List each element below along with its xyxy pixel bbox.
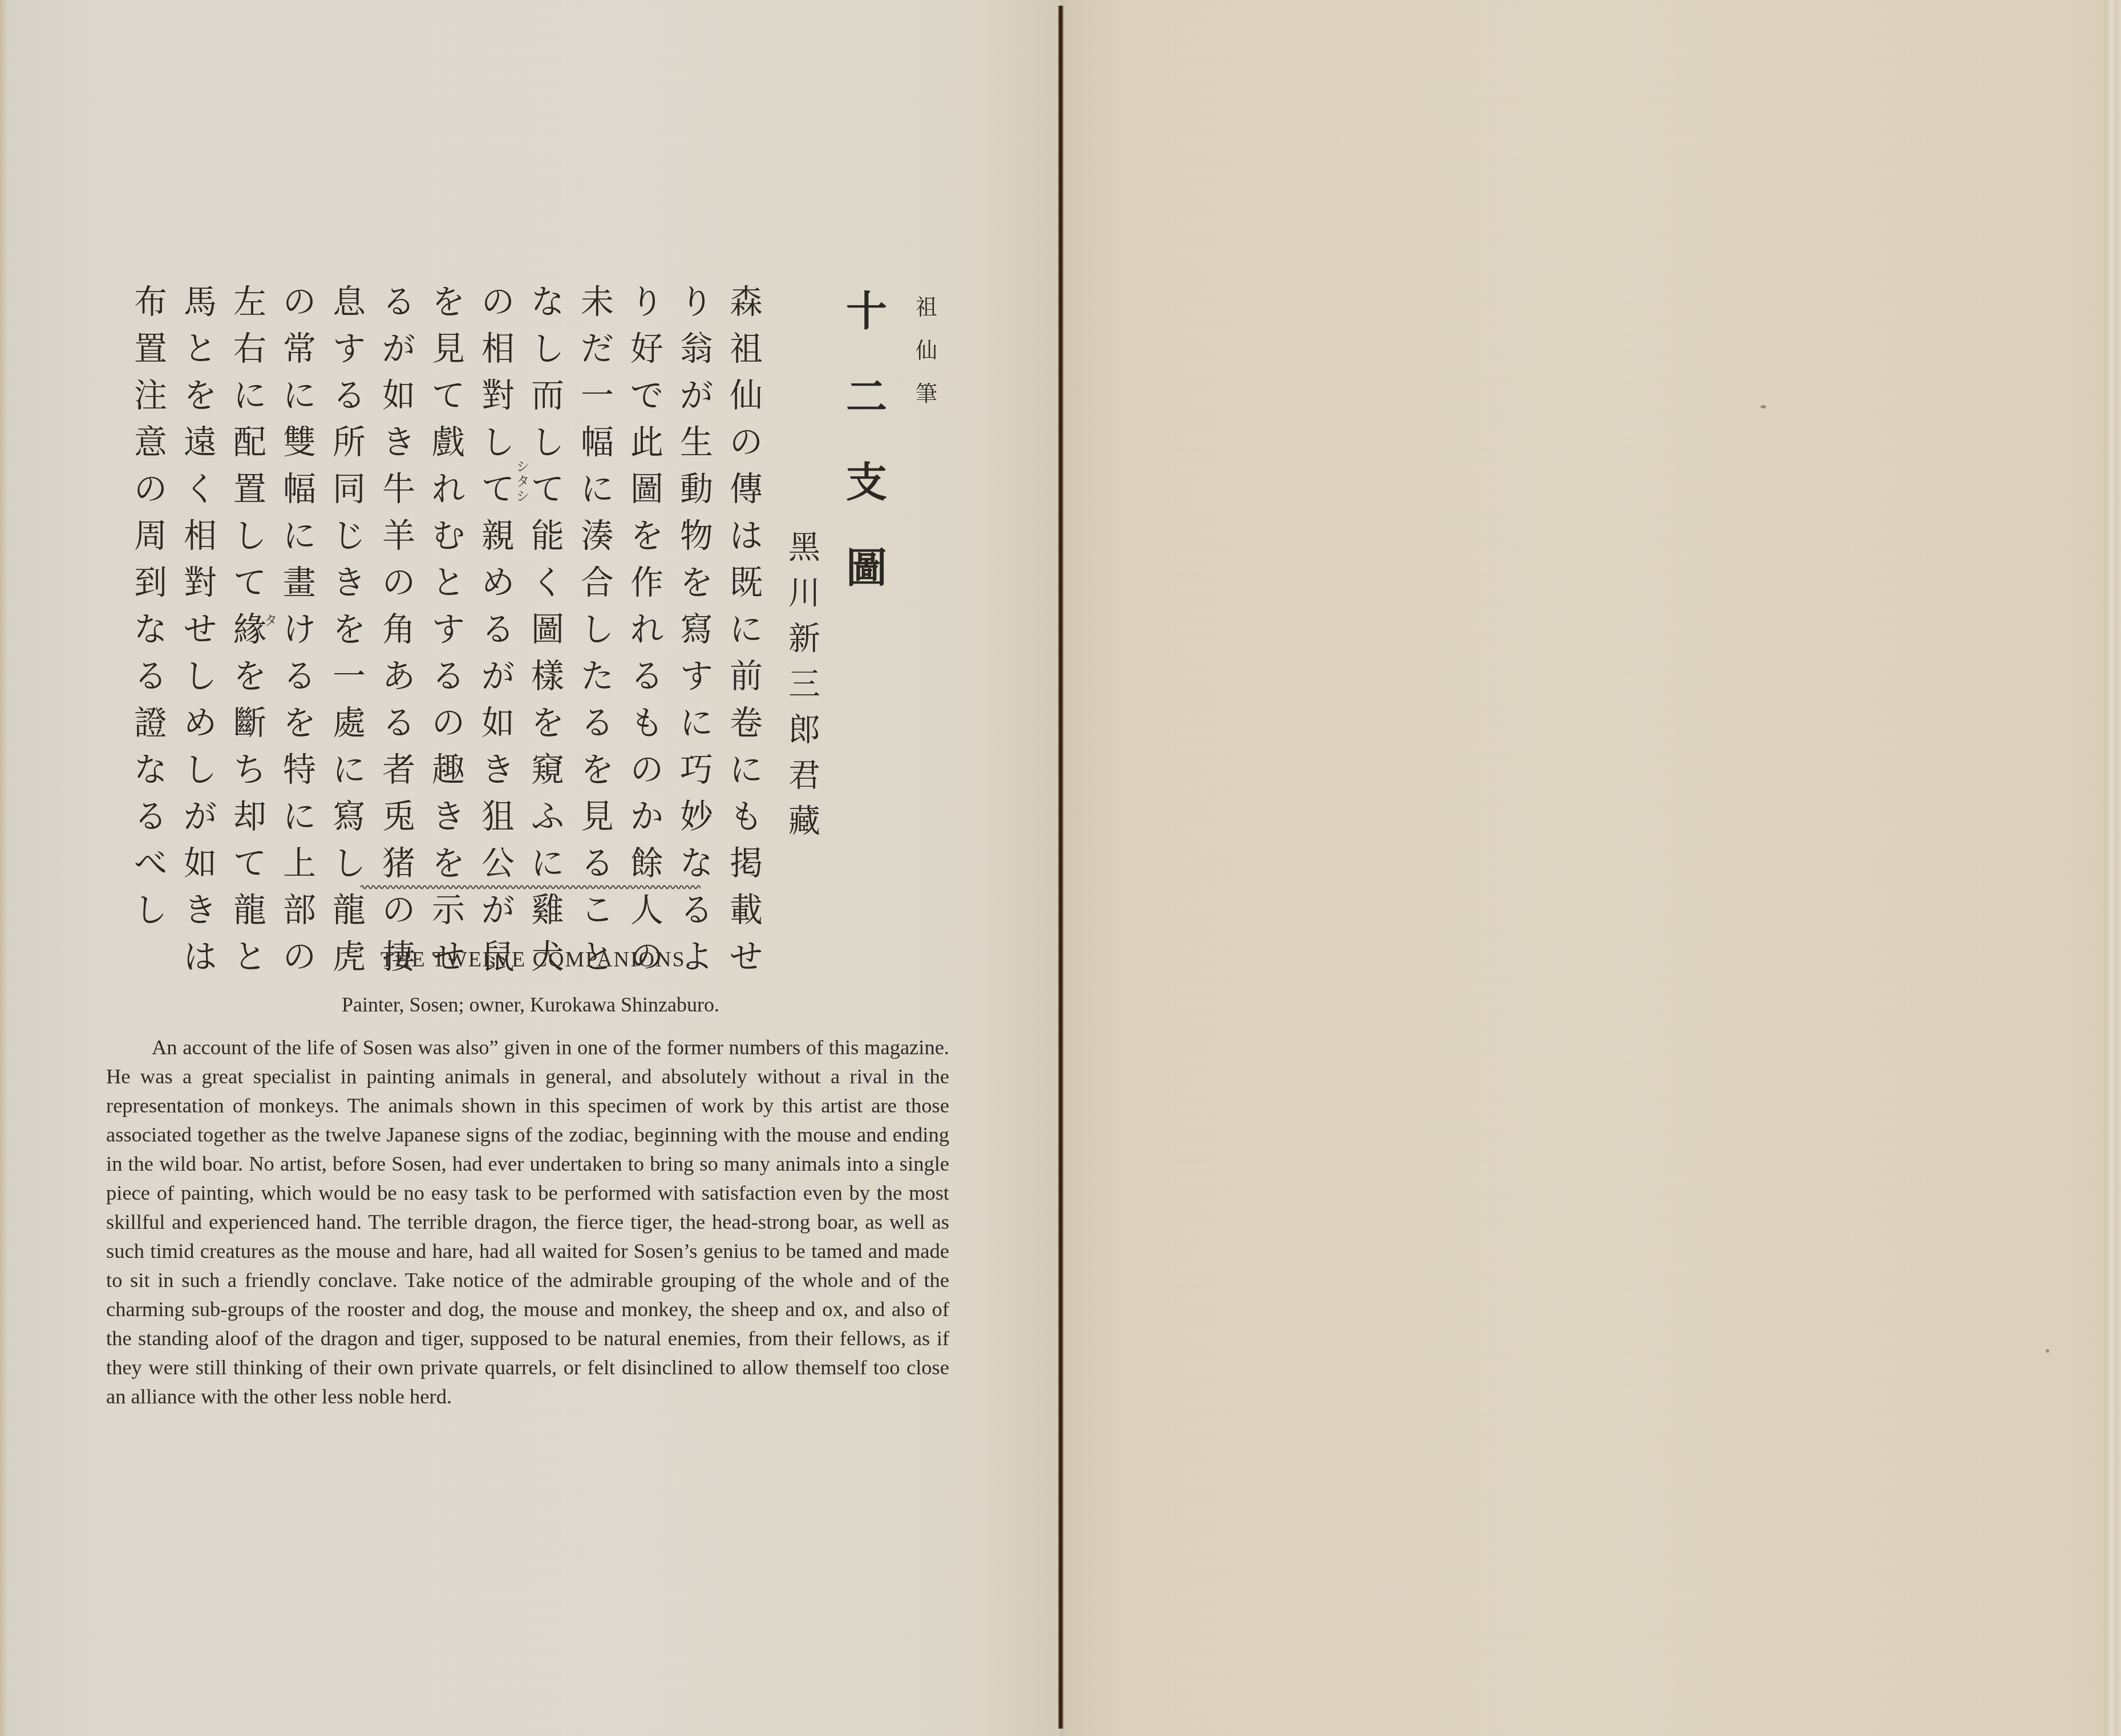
vertical-char: 注 [134, 372, 167, 419]
vertical-char: し [184, 746, 217, 793]
vertical-char: 對 [481, 372, 515, 419]
vertical-char: き [333, 559, 366, 606]
english-title: THE TWELVE COMPANIONS. [365, 947, 707, 972]
vertical-char: る [630, 653, 663, 699]
vertical-char: ふ [531, 793, 564, 840]
vertical-char: に [730, 746, 763, 793]
vertical-char: 羊 [382, 512, 415, 559]
vertical-char: 生 [680, 419, 713, 466]
vertical-char: な [134, 746, 167, 793]
vertical-char: 寫 [333, 793, 366, 840]
vertical-char: 傳 [730, 466, 763, 512]
vertical-char: 置 [233, 466, 266, 512]
vertical-char: 湊 [581, 512, 614, 559]
vertical-char: 合 [581, 559, 614, 606]
vertical-char: 筆 [916, 372, 937, 415]
vertical-char: れ [432, 466, 465, 512]
vertical-char: と [184, 325, 217, 372]
vertical-char: 牛 [382, 466, 415, 512]
vertical-char: が [481, 653, 515, 699]
vertical-char: し [481, 419, 515, 466]
vertical-char: 森 [730, 278, 763, 325]
vertical-char: 角 [382, 606, 415, 653]
paper-speck [2046, 1349, 2049, 1353]
page-edge [2105, 0, 2121, 1736]
book-spine [1058, 6, 1063, 1729]
vertical-char: 君 [788, 753, 820, 799]
vertical-char: は [730, 512, 763, 559]
vertical-char: 一 [333, 653, 366, 699]
vertical-char: か [630, 793, 663, 840]
vertical-char: 相 [481, 325, 515, 372]
vertical-char: に [283, 372, 316, 419]
vertical-char: 同 [333, 466, 366, 512]
vertical-char: 郎 [788, 707, 820, 753]
vertical-char: り [630, 278, 663, 325]
vertical-char: 遠 [184, 419, 217, 466]
japanese-text-column: り翁が生動物を寫すに巧妙なるよ [674, 278, 719, 980]
vertical-char: 圖 [630, 466, 663, 512]
ruby-reading: シタシ [512, 459, 532, 504]
vertical-char: 趣 [432, 746, 465, 793]
vertical-char: 親 [481, 512, 515, 559]
page-edge [0, 0, 7, 1736]
vertical-char: 新 [788, 616, 820, 662]
vertical-char: 三 [788, 662, 820, 707]
vertical-char: 十 [846, 268, 887, 354]
vertical-char: こ [581, 887, 614, 933]
vertical-char: 兎 [382, 793, 415, 840]
vertical-char: 雞 [531, 887, 564, 933]
japanese-text-column: の常に雙幅に畫けるを特に上部の [277, 278, 322, 980]
vertical-char: 常 [283, 325, 316, 372]
vertical-char: し [531, 325, 564, 372]
vertical-char: を [432, 840, 465, 887]
vertical-char: に [283, 793, 316, 840]
vertical-char: て [432, 372, 465, 419]
vertical-char: 雙 [283, 419, 316, 466]
vertical-char: 龍 [333, 887, 366, 933]
vertical-char: に [283, 512, 316, 559]
vertical-char: 如 [382, 372, 415, 419]
vertical-char: に [333, 746, 366, 793]
vertical-char: き [382, 419, 415, 466]
japanese-text-column: なし而して能く圖樣を窺ふに雞犬 [525, 278, 570, 980]
vertical-char: 妙 [680, 793, 713, 840]
vertical-char: 龍 [233, 887, 266, 933]
vertical-char: め [184, 699, 217, 746]
vertical-char: 到 [134, 559, 167, 606]
ruby-reading: タ [260, 613, 280, 628]
vertical-char: 幅 [283, 466, 316, 512]
owner-credit: 黑川新三郎君藏 [782, 525, 827, 844]
vertical-char: 戲 [432, 419, 465, 466]
vertical-char: け [283, 606, 316, 653]
vertical-char: 示 [432, 887, 465, 933]
vertical-char: し [134, 887, 167, 933]
vertical-char: な [134, 606, 167, 653]
vertical-char: 對 [184, 559, 217, 606]
vertical-char: 周 [134, 512, 167, 559]
vertical-char: 如 [184, 840, 217, 887]
vertical-char: て [531, 466, 564, 512]
japanese-text-column: 森祖仙の傳は既に前卷にも掲載せ [723, 278, 769, 980]
japanese-text-column: 左右に配置して緣を斷ち却て龍と [227, 278, 273, 980]
vertical-char: 右 [233, 325, 266, 372]
vertical-char: を [432, 278, 465, 325]
vertical-char: 見 [432, 325, 465, 372]
vertical-char: 畫 [283, 559, 316, 606]
japanese-text-column: の相對して親めるが如き狙公が鼠 [475, 278, 521, 980]
vertical-char: 特 [283, 746, 316, 793]
vertical-char: す [680, 653, 713, 699]
vertical-char: の [382, 559, 415, 606]
vertical-char: を [333, 606, 366, 653]
japanese-text-column: 布置注意の周到なる證なるべし [128, 278, 173, 933]
vertical-char: 置 [134, 325, 167, 372]
vertical-char: む [432, 512, 465, 559]
vertical-char: 能 [531, 512, 564, 559]
vertical-char: に [233, 372, 266, 419]
vertical-char: 馬 [184, 278, 217, 325]
vertical-char: 一 [581, 372, 614, 419]
vertical-char: 作 [630, 559, 663, 606]
vertical-char: 猪 [382, 840, 415, 887]
vertical-char: き [184, 887, 217, 933]
vertical-char: を [581, 746, 614, 793]
vertical-char: る [134, 793, 167, 840]
vertical-char: 布 [134, 278, 167, 325]
vertical-char: し [531, 419, 564, 466]
vertical-char: 支 [846, 439, 887, 525]
vertical-char: 黑 [788, 525, 820, 570]
vertical-char: に [581, 466, 614, 512]
right-page [1064, 0, 2121, 1736]
vertical-char: る [283, 653, 316, 699]
japanese-text-column: 未だ一幅に湊合したるを見ること [574, 278, 620, 980]
vertical-char: た [581, 653, 614, 699]
vertical-char: 寫 [680, 606, 713, 653]
vertical-char: 此 [630, 419, 663, 466]
vertical-char: 圖 [531, 606, 564, 653]
vertical-char: 配 [233, 419, 266, 466]
vertical-char: 證 [134, 699, 167, 746]
vertical-char: る [680, 887, 713, 933]
japanese-title: 十二支圖 [835, 268, 898, 610]
vertical-char: の [432, 699, 465, 746]
english-body: An account of the life of Sosen was also… [106, 1033, 949, 1411]
vertical-char: る [134, 653, 167, 699]
vertical-char: 者 [382, 746, 415, 793]
vertical-char: と [432, 559, 465, 606]
vertical-char: め [481, 559, 515, 606]
vertical-char: 見 [581, 793, 614, 840]
vertical-char: 上 [283, 840, 316, 887]
vertical-char: 息 [333, 278, 366, 325]
painter-credit: 祖仙筆 [909, 285, 944, 415]
vertical-char: 左 [233, 278, 266, 325]
vertical-char: る [581, 840, 614, 887]
japanese-text-column: 馬とを遠く相對せしめしが如きは [177, 278, 223, 980]
vertical-char: 巧 [680, 746, 713, 793]
japanese-text-column: り好で此圖を作れるものか餘人の [624, 278, 670, 980]
vertical-char: を [680, 559, 713, 606]
vertical-char: 仙 [730, 372, 763, 419]
vertical-char: べ [134, 840, 167, 887]
vertical-char: 翁 [680, 325, 713, 372]
vertical-char: き [432, 793, 465, 840]
vertical-char: 公 [481, 840, 515, 887]
vertical-char: も [630, 699, 663, 746]
vertical-char: る [432, 653, 465, 699]
vertical-char: ち [233, 746, 266, 793]
vertical-char: す [432, 606, 465, 653]
vertical-char: に [680, 699, 713, 746]
left-page: 祖仙筆 十二支圖 黑川新三郎君藏 森祖仙の傳は既に前卷にも掲載せり翁が生動物を寫… [0, 0, 1060, 1736]
vertical-char: を [630, 512, 663, 559]
vertical-char: 餘 [630, 840, 663, 887]
vertical-char: 物 [680, 512, 713, 559]
vertical-char: 所 [333, 419, 366, 466]
vertical-char: せ [184, 606, 217, 653]
vertical-char: の [134, 466, 167, 512]
vertical-char: 既 [730, 559, 763, 606]
vertical-char: 如 [481, 699, 515, 746]
vertical-char: せ [730, 933, 763, 980]
vertical-char: す [333, 325, 366, 372]
vertical-char: じ [333, 512, 366, 559]
vertical-char: を [531, 699, 564, 746]
vertical-char: 相 [184, 512, 217, 559]
vertical-char: て [481, 466, 515, 512]
vertical-char: な [531, 278, 564, 325]
vertical-char: 祖 [730, 325, 763, 372]
vertical-char: の [283, 933, 316, 980]
vertical-char: で [630, 372, 663, 419]
vertical-char: に [730, 606, 763, 653]
vertical-char: 載 [730, 887, 763, 933]
vertical-char: る [333, 372, 366, 419]
vertical-char: の [630, 746, 663, 793]
vertical-char: 前 [730, 653, 763, 699]
english-paragraph: An account of the life of Sosen was also… [106, 1033, 949, 1411]
vertical-char: 幅 [581, 419, 614, 466]
vertical-char: る [382, 699, 415, 746]
vertical-char: を [283, 699, 316, 746]
vertical-char: の [730, 419, 763, 466]
vertical-char: の [283, 278, 316, 325]
vertical-char: 祖 [916, 285, 937, 329]
vertical-char: し [184, 653, 217, 699]
vertical-char: の [481, 278, 515, 325]
vertical-char: を [184, 372, 217, 419]
japanese-text-column: るが如き牛羊の角ある者兎猪の捿 [376, 278, 422, 980]
vertical-char: り [680, 278, 713, 325]
vertical-char: 斷 [233, 699, 266, 746]
vertical-char: て [233, 559, 266, 606]
vertical-char: 好 [630, 325, 663, 372]
vertical-char: く [184, 466, 217, 512]
vertical-char: の [382, 887, 415, 933]
vertical-char: が [184, 793, 217, 840]
vertical-char: 藏 [788, 799, 820, 844]
vertical-char: が [680, 372, 713, 419]
vertical-char: 而 [531, 372, 564, 419]
vertical-char: し [233, 512, 266, 559]
vertical-char: 却 [233, 793, 266, 840]
vertical-char: く [531, 559, 564, 606]
japanese-text-column: を見て戲れむとするの趣きを示せ [426, 278, 471, 980]
english-subtitle: Painter, Sosen; owner, Kurokawa Shinzabu… [297, 993, 764, 1017]
vertical-char: し [581, 606, 614, 653]
vertical-char: 川 [788, 570, 820, 616]
vertical-char: 二 [846, 354, 887, 439]
vertical-char: き [481, 746, 515, 793]
vertical-char: れ [630, 606, 663, 653]
paper-speck [1760, 405, 1766, 408]
vertical-char: る [382, 278, 415, 325]
vertical-char: に [531, 840, 564, 887]
japanese-text-column: 息する所同じきを一處に寫し龍虎 [326, 278, 372, 980]
vertical-char: 虎 [333, 933, 366, 980]
vertical-char: 掲 [730, 840, 763, 887]
vertical-char: が [481, 887, 515, 933]
vertical-char: 狙 [481, 793, 515, 840]
vertical-char: 處 [333, 699, 366, 746]
wavy-divider [361, 883, 701, 891]
vertical-char: な [680, 840, 713, 887]
vertical-char: 圖 [846, 525, 887, 610]
vertical-char: 未 [581, 278, 614, 325]
vertical-char: が [382, 325, 415, 372]
vertical-char: 仙 [916, 329, 937, 372]
vertical-char: て [233, 840, 266, 887]
vertical-char: あ [382, 653, 415, 699]
vertical-char: だ [581, 325, 614, 372]
vertical-char: 動 [680, 466, 713, 512]
vertical-char: る [481, 606, 515, 653]
vertical-char: る [581, 699, 614, 746]
vertical-char: 部 [283, 887, 316, 933]
vertical-char: し [333, 840, 366, 887]
vertical-char: と [233, 933, 266, 980]
vertical-char: を [233, 653, 266, 699]
vertical-char: 人 [630, 887, 663, 933]
vertical-char: 樣 [531, 653, 564, 699]
vertical-char: 意 [134, 419, 167, 466]
vertical-char: は [184, 933, 217, 980]
vertical-char: 卷 [730, 699, 763, 746]
vertical-char: 窺 [531, 746, 564, 793]
vertical-char: も [730, 793, 763, 840]
